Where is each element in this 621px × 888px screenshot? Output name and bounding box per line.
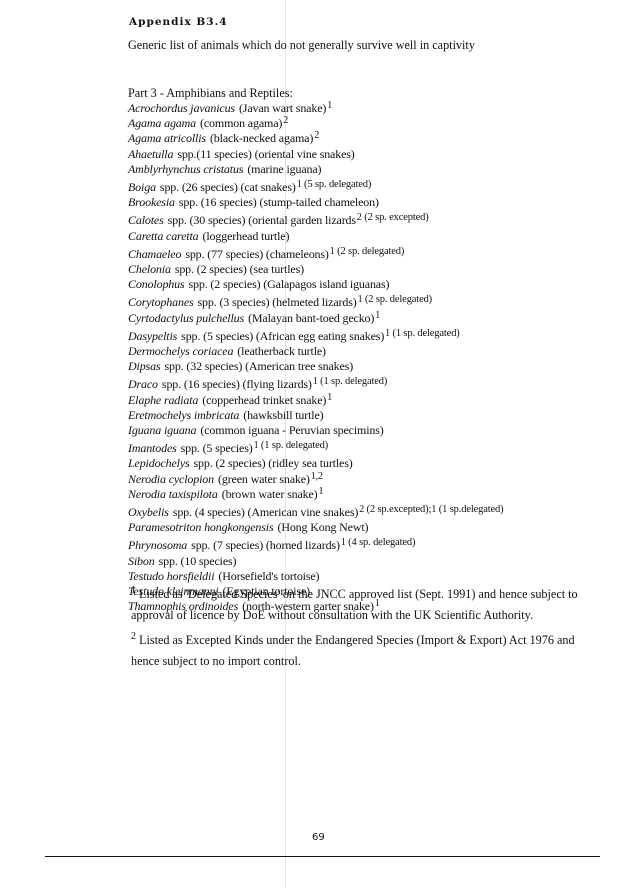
common-description: (hawksbill turtle): [243, 408, 323, 422]
scientific-name: Caretta caretta: [128, 229, 199, 243]
footnote-marker: 1: [319, 486, 324, 497]
scientific-name: Eretmochelys imbricata: [128, 408, 239, 422]
scientific-name: Dipsas: [128, 359, 160, 373]
delegation-note: (2 sp. delegated): [335, 246, 405, 257]
species-entry: Caretta caretta(loggerhead turtle): [128, 229, 503, 244]
species-entry: Amblyrhynchus cristatus(marine iguana): [128, 162, 503, 177]
scientific-name: Boiga: [128, 180, 156, 194]
delegation-note: (1 sp. delegated): [258, 440, 328, 451]
species-entry: Agama atricollis(black-necked agama)2: [128, 131, 503, 146]
common-description: (black-necked agama): [210, 131, 313, 145]
common-description: spp. (7 species) (horned lizards): [191, 538, 340, 552]
common-description: (green water snake): [218, 472, 310, 486]
species-entry: Dracospp. (16 species) (flying lizards)1…: [128, 374, 503, 392]
species-entry: Conolophusspp. (2 species) (Galapagos is…: [128, 277, 503, 292]
common-description: (common agama): [200, 116, 282, 130]
page-number: 69: [312, 832, 325, 843]
common-description: spp. (5 species): [181, 441, 253, 455]
scientific-name: Conolophus: [128, 277, 185, 291]
species-entry: Cyrtodactylus pulchellus(Malayan bant-to…: [128, 311, 503, 326]
common-description: (Javan wart snake): [239, 101, 326, 115]
scientific-name: Phrynosoma: [128, 538, 187, 552]
species-entry: Boigaspp. (26 species) (cat snakes)1 (5 …: [128, 177, 503, 195]
species-entry: Dermochelys coriacea(leatherback turtle): [128, 344, 503, 359]
scientific-name: Chamaeleo: [128, 247, 181, 261]
scientific-name: Draco: [128, 377, 158, 391]
species-entry: Nerodia cyclopion(green water snake)1,2: [128, 472, 503, 487]
scientific-name: Dasypeltis: [128, 329, 177, 343]
species-entry: Agama agama(common agama)2: [128, 116, 503, 131]
delegation-note: (1 sp. delegated): [390, 328, 460, 339]
species-entry: Phrynosomaspp. (7 species) (horned lizar…: [128, 535, 503, 553]
scientific-name: Testudo horsfieldii: [128, 569, 214, 583]
species-entry: Imantodesspp. (5 species)1 (1 sp. delega…: [128, 438, 503, 456]
species-entry: Dasypeltisspp. (5 species) (African egg …: [128, 326, 503, 344]
delegation-note: (5 sp. delegated): [302, 179, 372, 190]
species-entry: Lepidochelysspp. (2 species) (ridley sea…: [128, 456, 503, 471]
scientific-name: Sibon: [128, 554, 155, 568]
scientific-name: Lepidochelys: [128, 456, 190, 470]
delegation-note: (2 sp.excepted);1 (1 sp.delegated): [364, 504, 503, 515]
species-entry: Oxybelisspp. (4 species) (American vine …: [128, 502, 503, 520]
species-entry: Chamaeleospp. (77 species) (chameleons)1…: [128, 244, 503, 262]
common-description: spp. (30 species) (oriental garden lizar…: [168, 213, 356, 227]
footnote-marker: 2: [283, 115, 288, 126]
scientific-name: Chelonia: [128, 262, 171, 276]
delegation-note: (2 sp. excepted): [362, 212, 429, 223]
scientific-name: Nerodia cyclopion: [128, 472, 214, 486]
species-entry: Nerodia taxispilota(brown water snake)1: [128, 487, 503, 502]
scientific-name: Dermochelys coriacea: [128, 344, 233, 358]
scientific-name: Elaphe radiata: [128, 393, 198, 407]
common-description: (Horsefield's tortoise): [218, 569, 319, 583]
common-description: spp. (5 species) (African egg eating sna…: [181, 329, 384, 343]
common-description: (copperhead trinket snake): [202, 393, 326, 407]
delegation-note: (4 sp. delegated): [346, 537, 416, 548]
species-entry: Ahaetullaspp.(11 species) (oriental vine…: [128, 147, 503, 162]
common-description: spp. (77 species) (chameleons): [185, 247, 328, 261]
document-subtitle: Generic list of animals which do not gen…: [128, 38, 475, 53]
common-description: spp. (10 species): [159, 554, 237, 568]
species-list: Acrochordus javanicus(Javan wart snake)1…: [128, 101, 503, 615]
species-entry: Paramesotriton hongkongensis(Hong Kong N…: [128, 520, 503, 535]
scientific-name: Agama agama: [128, 116, 196, 130]
common-description: (Malayan bant-toed gecko): [248, 311, 374, 325]
footnote-text: Listed as 'Delegated Species' on the JNC…: [131, 587, 578, 622]
footnote-number: 2: [131, 631, 136, 642]
species-entry: Cheloniaspp. (2 species) (sea turtles): [128, 262, 503, 277]
part-title: Part 3 - Amphibians and Reptiles:: [128, 86, 293, 101]
common-description: spp. (2 species) (sea turtles): [175, 262, 304, 276]
common-description: spp. (2 species) (ridley sea turtles): [194, 456, 353, 470]
species-entry: Sibonspp. (10 species): [128, 554, 503, 569]
footnotes: 1Listed as 'Delegated Species' on the JN…: [131, 584, 601, 676]
scientific-name: Iguana iguana: [128, 423, 196, 437]
scientific-name: Ahaetulla: [128, 147, 173, 161]
scientific-name: Imantodes: [128, 441, 177, 455]
common-description: (marine iguana): [247, 162, 321, 176]
footnote-marker: 1: [327, 392, 332, 403]
scientific-name: Nerodia taxispilota: [128, 487, 218, 501]
common-description: (Hong Kong Newt): [277, 520, 368, 534]
footnote-number: 1: [131, 585, 136, 596]
species-entry: Iguana iguana(common iguana - Peruvian s…: [128, 423, 503, 438]
footer-rule: [45, 856, 600, 857]
footnote-marker: 1: [375, 310, 380, 321]
common-description: spp. (32 species) (American tree snakes): [164, 359, 353, 373]
scientific-name: Agama atricollis: [128, 131, 206, 145]
species-entry: Elaphe radiata(copperhead trinket snake)…: [128, 393, 503, 408]
footnote-text: Listed as Excepted Kinds under the Endan…: [131, 633, 575, 668]
scientific-name: Acrochordus javanicus: [128, 101, 235, 115]
scientific-name: Amblyrhynchus cristatus: [128, 162, 243, 176]
species-entry: Eretmochelys imbricata(hawksbill turtle): [128, 408, 503, 423]
species-entry: Brookesiaspp. (16 species) (stump-tailed…: [128, 195, 503, 210]
common-description: spp. (2 species) (Galapagos island iguan…: [189, 277, 390, 291]
species-entry: Calotesspp. (30 species) (oriental garde…: [128, 210, 503, 228]
delegation-note: (2 sp. delegated): [362, 294, 432, 305]
common-description: spp. (4 species) (American vine snakes): [173, 505, 358, 519]
species-entry: Acrochordus javanicus(Javan wart snake)1: [128, 101, 503, 116]
species-entry: Corytophanesspp. (3 species) (helmeted l…: [128, 292, 503, 310]
common-description: (common iguana - Peruvian specimins): [200, 423, 383, 437]
footnote-marker: 1: [327, 100, 332, 111]
species-entry: Dipsasspp. (32 species) (American tree s…: [128, 359, 503, 374]
scientific-name: Oxybelis: [128, 505, 169, 519]
species-entry: Testudo horsfieldii(Horsefield's tortois…: [128, 569, 503, 584]
common-description: spp. (16 species) (stump-tailed chameleo…: [179, 195, 379, 209]
scientific-name: Corytophanes: [128, 295, 194, 309]
common-description: (loggerhead turtle): [203, 229, 290, 243]
common-description: spp. (3 species) (helmeted lizards): [198, 295, 357, 309]
common-description: (leatherback turtle): [237, 344, 326, 358]
appendix-heading: Appendix B3.4: [129, 16, 228, 28]
common-description: (brown water snake): [222, 487, 318, 501]
common-description: spp. (16 species) (flying lizards): [162, 377, 312, 391]
common-description: spp.(11 species) (oriental vine snakes): [177, 147, 354, 161]
footnote-marker: 2: [314, 130, 319, 141]
scientific-name: Calotes: [128, 213, 164, 227]
scientific-name: Cyrtodactylus pulchellus: [128, 311, 244, 325]
footnote: 2Listed as Excepted Kinds under the Enda…: [131, 630, 601, 672]
scientific-name: Brookesia: [128, 195, 175, 209]
footnote: 1Listed as 'Delegated Species' on the JN…: [131, 584, 601, 626]
scientific-name: Paramesotriton hongkongensis: [128, 520, 273, 534]
common-description: spp. (26 species) (cat snakes): [160, 180, 296, 194]
delegation-note: (1 sp. delegated): [318, 376, 388, 387]
footnote-marker: 1,2: [311, 471, 323, 482]
